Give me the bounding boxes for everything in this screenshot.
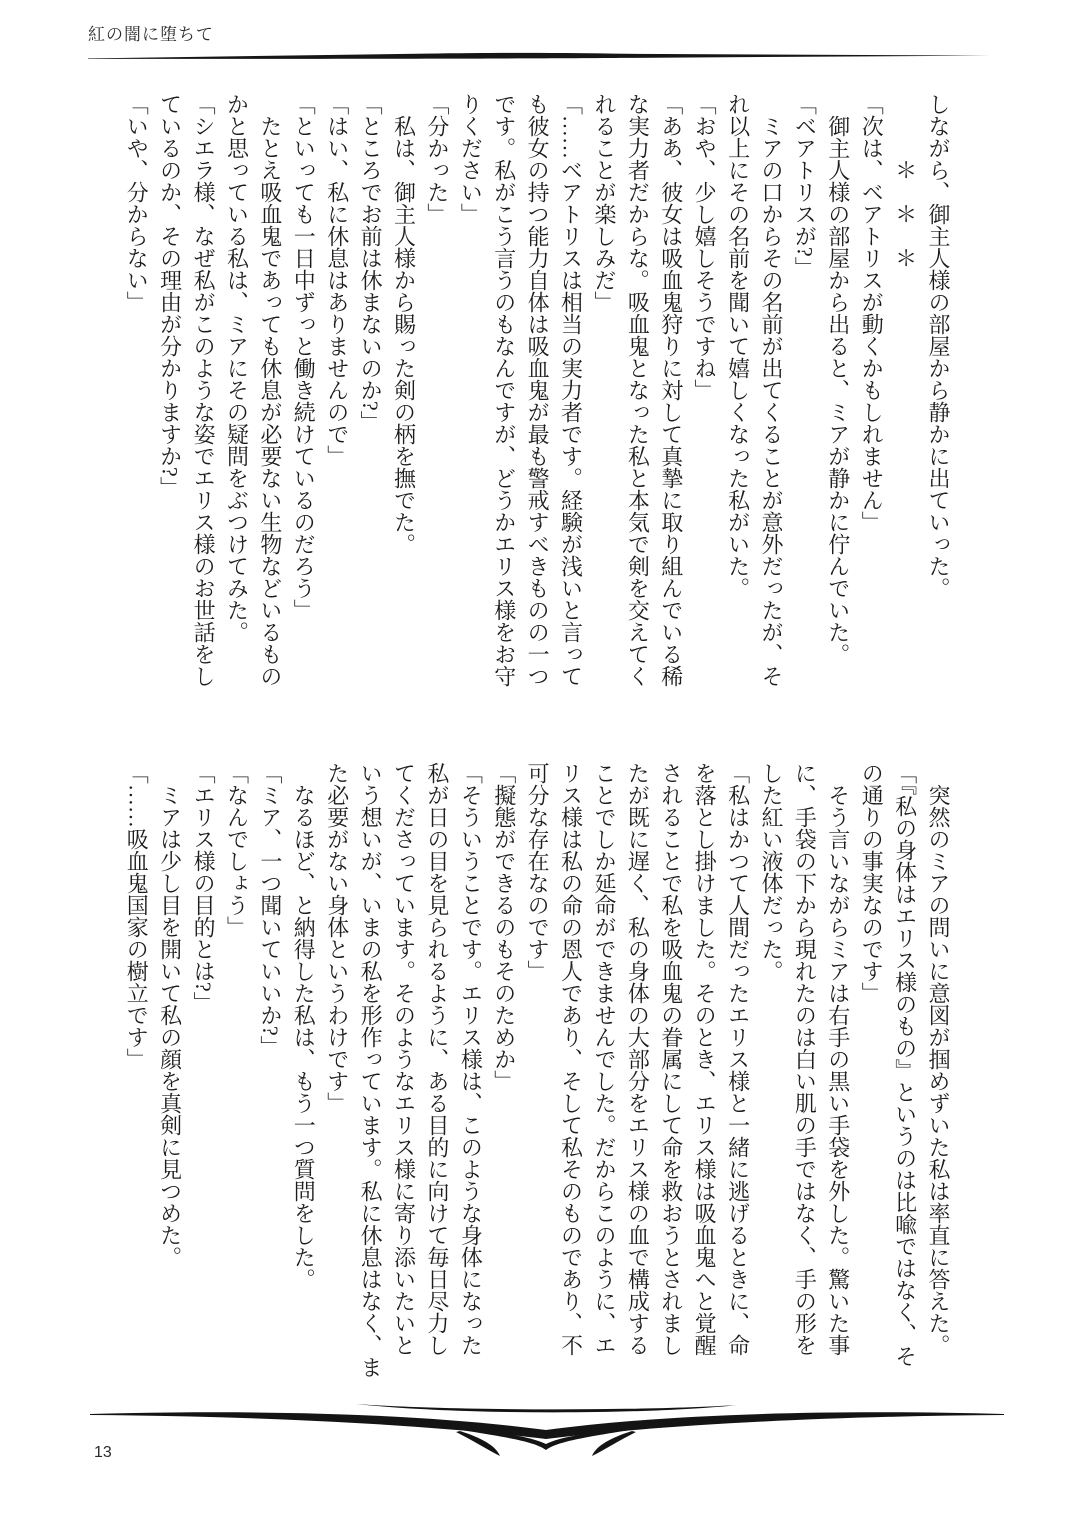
- header-rule: [86, 49, 992, 63]
- text-line: 「ああ、彼女は吸血鬼狩りに対して真摯に取り組んでいる稀: [654, 93, 687, 741]
- page-number: 13: [94, 1444, 112, 1462]
- text-line: 「といっても一日中ずっと働き続けているのだろう」: [287, 93, 320, 741]
- text-line: かと思っている私は、ミアにその疑問をぶつけてみた。: [220, 93, 253, 741]
- text-line: てくださっています。そのようなエリス様に寄り添いたいと: [387, 762, 420, 1412]
- text-block-bottom: 突然のミアの問いに意図が掴めずいた私は率直に答えた。「『私の身体はエリス様のもの…: [120, 762, 955, 1412]
- text-line: 私は、御主人様から賜った剣の柄を撫でた。: [387, 93, 420, 741]
- text-line: ことでしか延命ができませんでした。だからこのように、エ: [588, 762, 621, 1412]
- ornamental-divider: [88, 1402, 1006, 1458]
- text-line: 「なんでしょう」: [220, 762, 253, 1412]
- text-line: されることで私を吸血鬼の眷属にして命を救おうとされまし: [654, 762, 687, 1412]
- text-line: 「エリス様の目的とは?」: [187, 762, 220, 1412]
- text-line: 「ベアトリスが?」: [788, 93, 821, 741]
- text-line: 「擬態ができるのもそのためか」: [487, 762, 520, 1412]
- book-page: 紅の闇に堕ちて しながら、御主人様の部屋から静かに出ていった。＊ ＊ ＊「次は、…: [0, 0, 1075, 1518]
- text-line: も彼女の持つ能力自体は吸血鬼が最も警戒すべきものの一つ: [521, 93, 554, 741]
- text-line: 「分かった」: [421, 93, 454, 741]
- text-line: 「……吸血鬼国家の樹立です」: [120, 762, 153, 1412]
- text-line: リス様は私の命の恩人であり、そして私そのものであり、不: [554, 762, 587, 1412]
- text-line: しながら、御主人様の部屋から静かに出ていった。: [922, 93, 955, 741]
- text-line: たとえ吸血鬼であっても休息が必要ない生物などいるもの: [253, 93, 286, 741]
- text-line: 「はい、私に休息はありませんので」: [320, 93, 353, 741]
- text-block-top: しながら、御主人様の部屋から静かに出ていった。＊ ＊ ＊「次は、ベアトリスが動く…: [120, 93, 955, 741]
- text-line: した紅い液体だった。: [755, 762, 788, 1412]
- text-line: ているのか、その理由が分かりますか?」: [153, 93, 186, 741]
- text-line: 「……ベアトリスは相当の実力者です。経験が浅いと言って: [554, 93, 587, 741]
- text-line: た必要がない身体というわけです」: [320, 762, 353, 1412]
- text-line: 御主人様の部屋から出ると、ミアが静かに佇んでいた。: [821, 93, 854, 741]
- text-line: れ以上にその名前を聞いて嬉しくなった私がいた。: [721, 93, 754, 741]
- text-line: そう言いながらミアは右手の黒い手袋を外した。驚いた事: [821, 762, 854, 1412]
- text-line: 「シエラ様、なぜ私がこのような姿でエリス様のお世話をし: [187, 93, 220, 741]
- text-line: 「次は、ベアトリスが動くかもしれません」: [855, 93, 888, 741]
- text-line: の通りの事実なのです」: [855, 762, 888, 1412]
- text-line: ミアは少し目を開いて私の顔を真剣に見つめた。: [153, 762, 186, 1412]
- text-line: 「『私の身体はエリス様のもの』というのは比喩ではなく、そ: [888, 762, 921, 1412]
- text-line: なるほど、と納得した私は、もう一つ質問をした。: [287, 762, 320, 1412]
- text-line: たが既に遅く、私の身体の大部分をエリス様の血で構成する: [621, 762, 654, 1412]
- text-line: 「ところでお前は休まないのか?」: [354, 93, 387, 741]
- text-line: れることが楽しみだ」: [588, 93, 621, 741]
- text-line: ミアの口からその名前が出てくることが意外だったが、そ: [755, 93, 788, 741]
- text-line: 「そういうことです。エリス様は、このような身体になった: [454, 762, 487, 1412]
- running-header-title: 紅の闇に堕ちて: [88, 20, 214, 45]
- text-line: 可分な存在なのです」: [521, 762, 554, 1412]
- text-line: に、手袋の下から現れたのは白い肌の手ではなく、手の形を: [788, 762, 821, 1412]
- text-line: りください」: [454, 93, 487, 741]
- text-line: ＊ ＊ ＊: [888, 93, 921, 741]
- text-line: いう想いが、いまの私を形作っています。私に休息はなく、ま: [354, 762, 387, 1412]
- text-line: 「ミア、一つ聞いていいか?」: [253, 762, 286, 1412]
- text-line: 突然のミアの問いに意図が掴めずいた私は率直に答えた。: [922, 762, 955, 1412]
- text-line: 「私はかつて人間だったエリス様と一緒に逃げるときに、命: [721, 762, 754, 1412]
- text-line: 「いや、分からない」: [120, 93, 153, 741]
- text-line: です。私がこう言うのもなんですが、どうかエリス様をお守: [487, 93, 520, 741]
- text-line: を落とし掛けました。そのとき、エリス様は吸血鬼へと覚醒: [688, 762, 721, 1412]
- text-line: 「おや、少し嬉しそうですね」: [688, 93, 721, 741]
- text-line: な実力者だからな。吸血鬼となった私と本気で剣を交えてく: [621, 93, 654, 741]
- text-line: 私が日の目を見られるように、ある目的に向けて毎日尽力し: [421, 762, 454, 1412]
